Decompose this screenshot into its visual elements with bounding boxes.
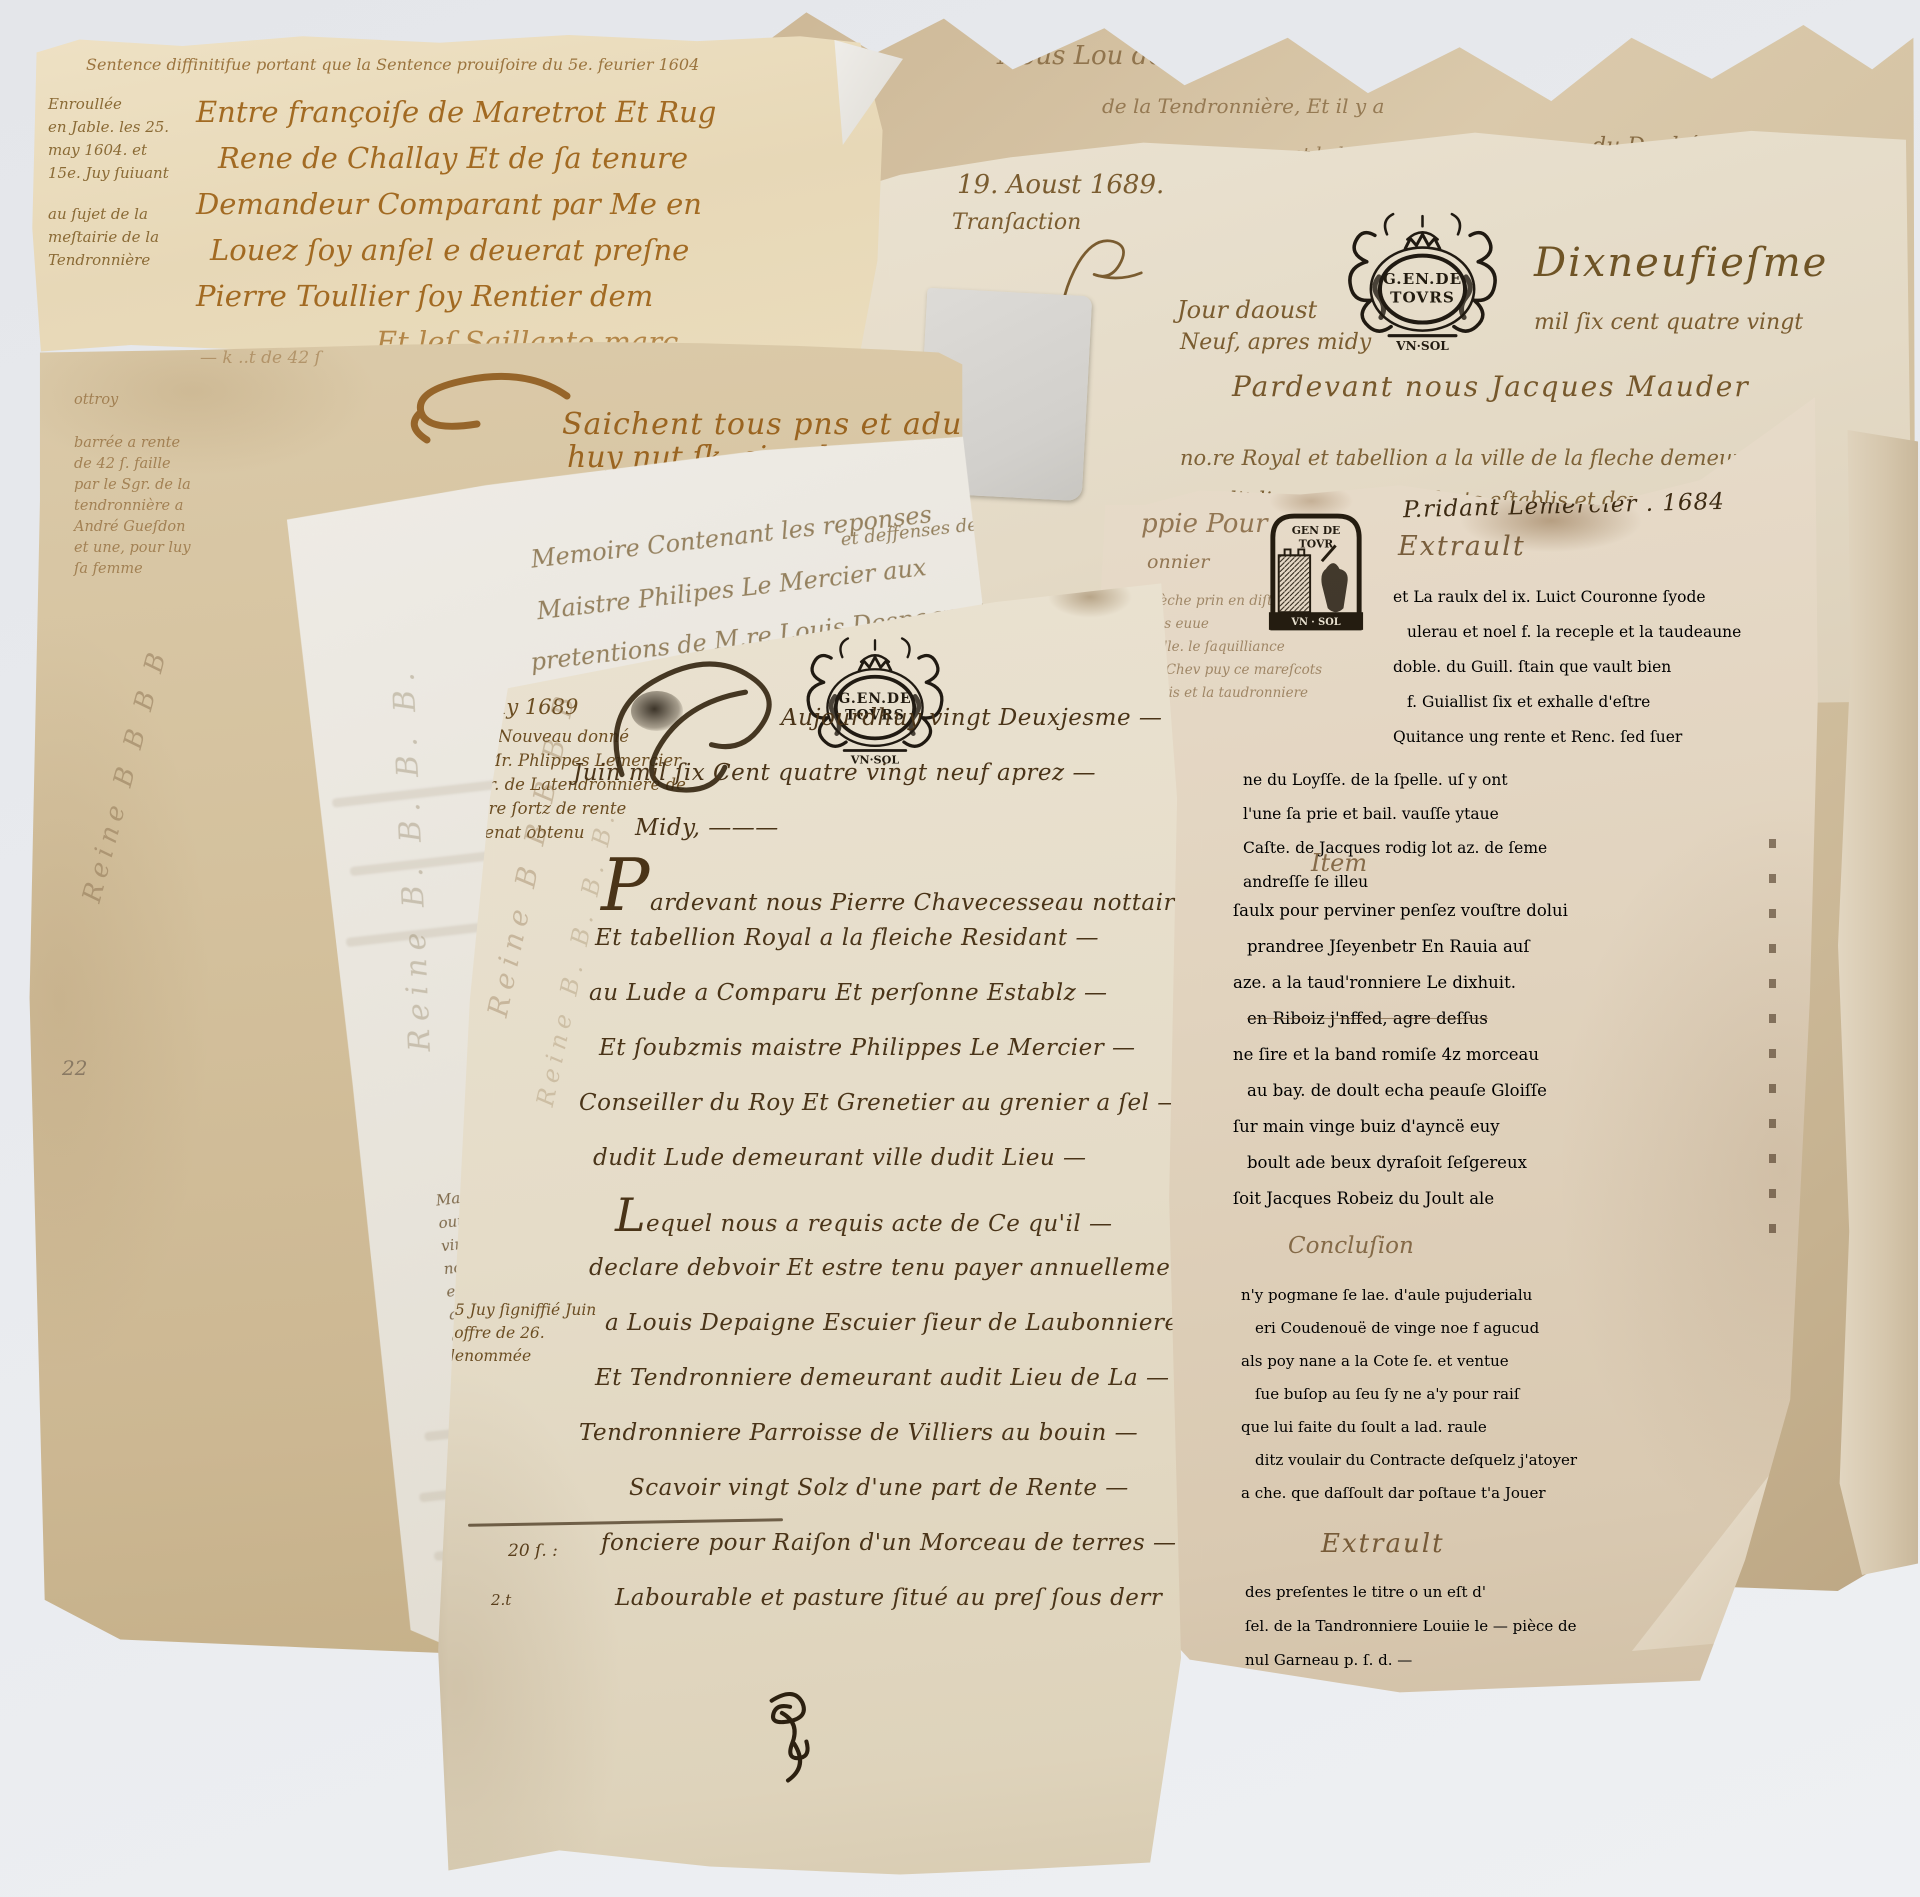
- margin-note-line: par le Sgr. de la: [74, 475, 191, 496]
- manuscript-line: eri Coudenouë de vinge noe f agucud: [1255, 1312, 1577, 1345]
- amount-note: 20 ſ. :: [508, 1541, 558, 1561]
- manuscript-line: prandree Jſeyenbetr En Rauia auſ: [1247, 929, 1568, 965]
- manuscript-body: Aujourdhuy vingt Deuxjesme —Juin mil ſix…: [543, 705, 1227, 1640]
- manuscript-block: ſaulx pour perviner penſez vouſtre dolui…: [1233, 893, 1568, 1217]
- margin-note-line: et une, pour luy: [74, 538, 191, 559]
- manuscript-line: a che. que daſſoult dar poſtaue t'a Joue…: [1241, 1477, 1577, 1510]
- document-header: Sentence diffinitifue portant que la Sen…: [86, 55, 699, 74]
- manuscript-line: ſur main vinge buiz d'ayncë euy: [1233, 1109, 1568, 1145]
- manuscript-line: au bay. de doult echa peauſe Gloiſſe: [1247, 1073, 1568, 1109]
- margin-note-line: de 42 ſ. faille: [74, 454, 191, 475]
- manuscript-line: dudit Lude demeurant ville dudit Lieu —: [593, 1145, 1227, 1200]
- manuscript-line: Demandeur Comparant par Me en: [196, 181, 716, 227]
- manuscript-line: ſel. de la Tandronniere Louiie le — pièc…: [1245, 1609, 1576, 1643]
- manuscript-line: ſaulx pour perviner penſez vouſtre dolui: [1233, 893, 1568, 929]
- act-title: Dixneufieſme: [1534, 240, 1828, 286]
- margin-note-line: 15e. Juy ſuiuant: [48, 162, 169, 185]
- manuscript-line: n'y pogmane ſe lae. d'aule pujuderialu: [1241, 1279, 1577, 1312]
- manuscript-line: au Lude a Comparu Et perſonne Establz —: [589, 980, 1227, 1035]
- margin-note-line: Enroullée: [48, 93, 169, 116]
- manuscript-line: onnier: [1147, 551, 1209, 573]
- manuscript-line: Tendronniere Parroisse de Villiers au bo…: [579, 1420, 1227, 1475]
- manuscript-block: des preſentes le titre o un eſt d'ſel. d…: [1245, 1575, 1576, 1677]
- amount-note: 2.t: [491, 1591, 511, 1609]
- stamp-region-label: G.EN.DE: [1383, 270, 1462, 288]
- section-heading: Item: [1311, 849, 1367, 877]
- manuscript-line: boult ade beux dyraſoit ſeſgereux: [1247, 1145, 1568, 1181]
- margin-note-line: au ſujet de la: [48, 203, 169, 226]
- manuscript-line: aze. a la taud'ronniere Le dixhuit.: [1233, 965, 1568, 1001]
- manuscript-line: f. Guiallist ſix et exhalle d'eſtre: [1407, 685, 1741, 720]
- section-heading: Extrault: [1398, 531, 1526, 562]
- manuscript-line: nul Garneau p. ſ. d. —: [1245, 1643, 1576, 1677]
- manuscript-line: ne du Loyſſe. de la ſpelle. uſ y ont: [1243, 763, 1547, 797]
- manuscript-line: Pardevant nous Pierre Chavecesseau notta…: [601, 870, 1227, 925]
- manuscript-line: que lui faite du ſoult a lad. raule: [1241, 1411, 1577, 1444]
- manuscript-line: ſue buſop au ſeu ſy ne a'y pour raiſ: [1255, 1378, 1577, 1411]
- manuscript-line: Caſte. de Jacques rodig lot az. de ſeme: [1243, 831, 1547, 865]
- manuscript-line: mil ſix cent quatre vingt: [1534, 310, 1803, 335]
- manuscript-line: Aujourdhuy vingt Deuxjesme —: [781, 705, 1227, 760]
- manuscript-line: des preſentes le titre o un eſt d': [1245, 1575, 1576, 1609]
- manuscript-block: ne du Loyſſe. de la ſpelle. uſ y ontl'un…: [1243, 763, 1547, 899]
- manuscript-line: doble. du Guill. ſtain que vault bien: [1393, 650, 1741, 685]
- manuscript-body: Entre françoiſe de Maretrot Et RugRene d…: [196, 89, 716, 365]
- stamp-region-label: GEN DE: [1292, 524, 1341, 537]
- section-heading: Concluſion: [1288, 1233, 1414, 1259]
- document-titre-nouvel-1689: 22 Juy 1689tiltre Nouveau donnépar Mr. P…: [393, 543, 1185, 1888]
- margin-note-line: ottroy: [74, 390, 191, 411]
- manuscript-line: Louez ſoy anſel e deuerat preſne: [210, 227, 716, 273]
- stamp-denomination: VN·SOL: [1395, 339, 1449, 353]
- manuscript-line: ſoit Jacques Robeiz du Joult ale: [1233, 1181, 1568, 1217]
- manuscript-line: als poy nane a la Cote ſe. et ventue: [1241, 1345, 1577, 1378]
- manuscript-line: Entre françoiſe de Maretrot Et Rug: [196, 89, 716, 135]
- manuscript-line: Jour daoust: [1177, 296, 1317, 324]
- paraph-flourish-icon: [741, 1681, 833, 1796]
- manuscript-line: en Riboiz j'nffed, agre deſſus: [1247, 1001, 1568, 1037]
- manuscript-block: n'y pogmane ſe lae. d'aule pujuderialuer…: [1241, 1279, 1577, 1510]
- manuscript-line: Midy, ———: [635, 815, 1227, 870]
- margin-note-line: André Gueſdon: [74, 517, 191, 538]
- manuscript-line: Pierre Toullier ſoy Rentier dem: [196, 273, 716, 319]
- manuscript-line: ditz voulair du Contracte deſquelz j'ato…: [1255, 1444, 1577, 1477]
- manuscript-line: no.re Royal et tabellion a la ville de l…: [1180, 446, 1777, 470]
- manuscript-line: l'une ſa prie et bail. vauſſe ytaue: [1243, 797, 1547, 831]
- manuscript-line: Conseiller du Roy Et Grenetier au grenie…: [579, 1090, 1227, 1145]
- manuscript-line: Nous Lou de C: [997, 41, 1192, 71]
- stamp-city-label: TOVRS: [1390, 288, 1455, 306]
- endorsement-note: — k ..t de 42 ſ: [200, 348, 321, 368]
- margin-note-line: barrée a rente: [74, 433, 191, 454]
- document-sentence-1604: Sentence diffinitifue portant que la Sen…: [28, 33, 886, 358]
- pen-practice-text: Reine B B B B: [77, 644, 174, 906]
- manuscript-line: Et tabellion Royal a la fleiche Residant…: [595, 925, 1227, 980]
- margin-note-line: tendronnière a: [74, 496, 191, 517]
- binding-stitches: [1769, 813, 1776, 1243]
- manuscript-line: de la Tendronnière, Et il y a: [1102, 94, 1384, 118]
- manuscript-line: declare debvoir Et estre tenu payer annu…: [589, 1255, 1227, 1310]
- stamp-denomination: VN · SOL: [1290, 617, 1340, 628]
- manuscript-line: fonciere pour Raiſon d'un Morceau de ter…: [601, 1530, 1227, 1585]
- margin-notes: ottroybarrée a rentede 42 ſ. faillepar l…: [74, 390, 191, 580]
- manuscript-line: Neuf, apres midy: [1180, 330, 1371, 355]
- manuscript-line: Et Tendronniere demeurant audit Lieu de …: [595, 1365, 1227, 1420]
- margin-note-line: ſa femme: [74, 559, 191, 580]
- pencil-number: 22: [62, 1056, 87, 1080]
- document-extraict-1684: ppie Pour onnier La flèche prin en diſtſ…: [1093, 383, 1820, 1695]
- manuscript-line: Rene de Challay Et de ſa tenure: [218, 135, 716, 181]
- manuscript-line: Juin mil ſix Cent quatre vingt neuf apre…: [573, 760, 1227, 815]
- photo-canvas: Nous Lou de C de la Tendronnière, Et il …: [0, 0, 1920, 1897]
- tours-stamp-castle-icon: GEN DE TOVR VN · SOL: [1265, 508, 1367, 636]
- manuscript-line: a Louis Depaigne Escuier ſieur de Laubon…: [605, 1310, 1227, 1365]
- manuscript-line: ppie Pour: [1141, 509, 1268, 539]
- margin-notes: Enroulléeen Jable. les 25.may 1604. et15…: [48, 93, 169, 272]
- margin-note-line: Tendronnière: [48, 249, 169, 272]
- margin-note-line: may 1604. et: [48, 139, 169, 162]
- manuscript-line: Pardevant nous Jacques Mauder: [1232, 370, 1750, 403]
- manuscript-line: ulerau et noel f. la receple et la taude…: [1407, 615, 1741, 650]
- date-note: 19. Aoust 1689.: [957, 170, 1164, 200]
- manuscript-line: Labourable et pasture ſitué au preſ ſous…: [615, 1585, 1227, 1640]
- manuscript-block: et La raulx del ix. Luict Couronne ſyode…: [1393, 580, 1741, 755]
- manuscript-line: ne ſire et la band romiſe 4z morceau: [1233, 1037, 1568, 1073]
- margin-note-line: meſtairie de la: [48, 226, 169, 249]
- manuscript-line: et La raulx del ix. Luict Couronne ſyode: [1393, 580, 1741, 615]
- margin-note-line: en Jable. les 25.: [48, 116, 169, 139]
- manuscript-line: Lequel nous a requis acte de Ce qu'il —: [615, 1200, 1227, 1255]
- manuscript-line: Quitance ung rente et Renc. ſed ſuer: [1393, 720, 1741, 755]
- manuscript-line: Et ſoubzmis maistre Philippes Le Mercier…: [599, 1035, 1227, 1090]
- section-heading: Extrault: [1321, 1529, 1445, 1559]
